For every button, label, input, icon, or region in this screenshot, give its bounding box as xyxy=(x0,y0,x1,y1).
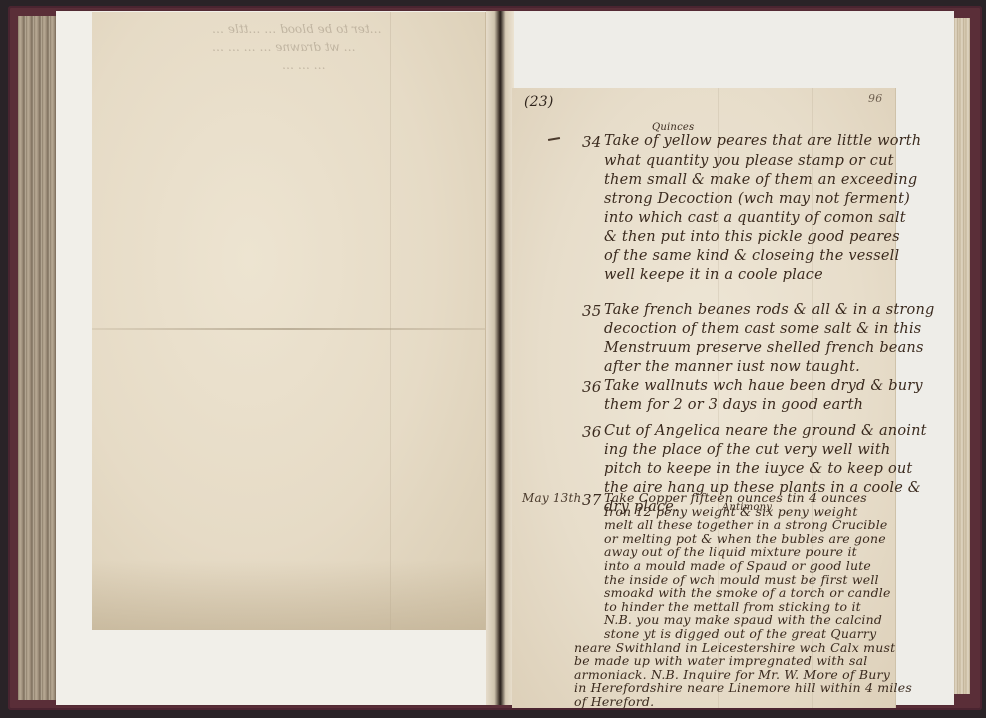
text-line: Menstruum preserve shelled french beans xyxy=(604,341,924,356)
text-line: Take wallnuts wch haue been dryd & bury xyxy=(604,379,923,394)
left-page: …ter to be blood … …ttle … … wt drawne …… xyxy=(92,12,486,630)
text-line: Take Copper fifteen ounces tin 4 ounces xyxy=(604,492,867,505)
margin-tick xyxy=(548,137,560,141)
text-line: ing the place of the cut very well with xyxy=(604,443,890,458)
text-line: into a mould made of Spaud or good lute xyxy=(604,560,871,573)
text-line: Take of yellow peares that are little wo… xyxy=(604,134,921,149)
text-line: what quantity you please stamp or cut xyxy=(604,154,894,169)
text-line: & then put into this pickle good peares xyxy=(604,230,900,245)
text-line: after the manner iust now taught. xyxy=(604,360,860,375)
text-line: well keepe it in a coole place xyxy=(604,268,823,283)
gutter xyxy=(486,11,514,705)
right-page: (23) 96 34 Quinces Take of yellow peares… xyxy=(512,88,896,708)
manuscript-viewer: …ter to be blood … …ttle … … wt drawne …… xyxy=(0,0,986,718)
text-line: of Hereford. xyxy=(574,696,654,709)
text-line: of the same kind & closeing the vessell xyxy=(604,249,899,264)
folio-bracket: (23) xyxy=(524,94,554,110)
bleed-through-line: … wt drawne … … … … xyxy=(212,40,356,54)
entry-number: 37 xyxy=(582,491,602,509)
text-line: decoction of them cast some salt & in th… xyxy=(604,322,921,337)
text-line: pitch to keepe in the iuyce & to keep ou… xyxy=(604,462,912,477)
horizontal-fold xyxy=(92,328,485,330)
text-line: melt all these together in a strong Cruc… xyxy=(604,519,888,532)
entry-number: 36 xyxy=(582,423,602,441)
entry-number: 36 xyxy=(582,378,602,396)
left-fore-edge xyxy=(18,16,58,700)
margin-date: May 13th xyxy=(522,491,581,505)
text-line: them small & make of them an exceeding xyxy=(604,173,917,188)
entry-number: 34 xyxy=(582,133,602,151)
text-line: Take french beanes rods & all & in a str… xyxy=(604,303,934,318)
text-line: them for 2 or 3 days in good earth xyxy=(604,398,863,413)
interlinear-insertion: Quinces xyxy=(652,122,694,133)
water-stain xyxy=(92,560,485,630)
text-line: smoakd with the smoke of a torch or cand… xyxy=(604,587,891,600)
folio-number: 96 xyxy=(868,92,882,105)
bleed-through-line: … … … xyxy=(282,58,326,72)
text-line: strong Decoction (wch may not ferment) xyxy=(604,192,910,207)
vertical-fold xyxy=(390,12,391,630)
bleed-through-line: …ter to be blood … …ttle … xyxy=(212,22,382,36)
entry-number: 35 xyxy=(582,302,602,320)
text-line: Cut of Angelica neare the ground & anoin… xyxy=(604,424,927,439)
text-line: stone yt is digged out of the great Quar… xyxy=(604,628,876,641)
text-line: be made up with water impregnated with s… xyxy=(574,655,867,668)
right-fore-edge xyxy=(952,18,970,694)
text-line: into which cast a quantity of comon salt xyxy=(604,211,906,226)
